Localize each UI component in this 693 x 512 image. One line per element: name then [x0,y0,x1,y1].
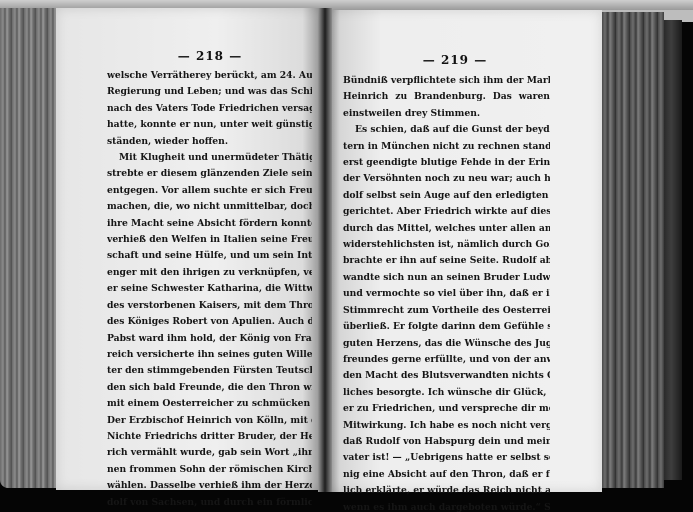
text-line: ihre Macht seine Absicht fördern konnten… [107,216,312,232]
text-line: nig eine Absicht auf den Thron, daß er f… [343,467,550,483]
text-line: daß Rudolf von Habspurg dein und mein Gr… [343,434,550,450]
left-page-number: — 218 — [150,49,270,63]
text-line: strebte er diesem glänzenden Ziele seine… [107,166,312,182]
text-line: gerichtet. Aber Friedrich wirkte auf die… [343,204,550,220]
text-line: Pabst ward ihm hold, der König von Frank… [107,331,312,347]
text-line: ter den stimmgebenden Fürsten Teutschlan… [107,363,312,379]
text-line: enger mit den ihrigen zu verknüpfen, ver… [107,265,312,281]
text-line: dolf selbst sein Auge auf den erledigten… [343,188,550,204]
text-line: des Königes Robert von Apulien. Auch der [107,314,312,330]
text-line: vater ist! — „Uebrigens hatte er selbst … [343,450,550,466]
text-line: und vermochte so viel über ihn, daß er i… [343,286,550,302]
text-line: machen, die, wo nicht unmittelbar, doch … [107,199,312,215]
text-line: Regierung und Leben; und was das Schicks… [107,84,312,100]
text-line: wenn es ihm auch dargeboten würde.“ So s… [343,500,550,512]
text-line: rich vermählt wurde, gab sein Wort „ihn … [107,445,312,461]
text-line: erst geendigte blutige Fehde in der Erin… [343,155,550,171]
text-line: nen frommen Sohn der römischen Kirche“ z… [107,462,312,478]
text-line: lich erklärte, er würde das Reich nicht … [343,483,550,499]
text-line: welsche Verrätherey berückt, am 24. Aug.… [107,68,312,84]
text-line: er seine Schwester Katharina, die Wittwe [107,281,312,297]
text-line: einstweilen drey Stimmen. [343,106,550,122]
book-page-edges-right [602,12,664,488]
left-page-text: welsche Verrätherey berückt, am 24. Aug.… [107,68,312,511]
text-line: wandte sich nun an seinen Bruder Ludwig, [343,270,550,286]
text-line: schaft und seine Hülfe, und um sein Inte… [107,248,312,264]
text-line: er zu Friedrichen, und verspreche dir me… [343,401,550,417]
text-line: den Macht des Blutsverwandten nichts Gef… [343,368,550,384]
right-page-number: — 219 — [395,53,515,67]
text-line: Mitwirkung. Ich habe es noch nicht verge… [343,418,550,434]
text-line: Es schien, daß auf die Gunst der beyden … [343,122,550,138]
text-line: entgegen. Vor allem suchte er sich Freun… [107,183,312,199]
text-line: liches besorgte. Ich wünsche dir Glück, … [343,385,550,401]
text-line: Heinrich zu Brandenburg. Das waren [343,89,550,105]
text-line: ständen, wieder hoffen. [107,134,312,150]
text-line: überließ. Er folgte darinn dem Gefühle s… [343,319,550,335]
book-gutter [318,8,332,492]
text-line: freundes gerne erfüllte, und von der anw… [343,352,550,368]
book-page-edges-left [0,8,58,488]
text-line: reich versicherte ihn seines guten Wille… [107,347,312,363]
text-line: brachte er ihn auf seine Seite. Rudolf a… [343,253,550,269]
text-line: der Versöhnten noch zu neu war; auch hat… [343,171,550,187]
text-line: wählen. Dasselbe verhieß ihm der Herzog … [107,478,312,494]
text-line: Bündniß verpflichtete sich ihm der Markg… [343,73,550,89]
text-line: guten Herzens, das die Wünsche des Jugen… [343,336,550,352]
text-line: nach des Vaters Tode Friedrichen versagt [107,101,312,117]
text-line: mit einem Oesterreicher zu schmücken wün… [107,396,312,412]
book-cover-right [664,20,682,480]
text-line: den sich bald Freunde, die den Thron wie… [107,380,312,396]
text-line: verhieß den Welfen in Italien seine Freu… [107,232,312,248]
text-line: hatte, konnte er nun, unter weit günstig… [107,117,312,133]
text-line: tern in München nicht zu rechnen stand, … [343,139,550,155]
text-line: Mit Klugheit und unermüdeter Thätigkeit [107,150,312,166]
text-line: widerstehlichsten ist, nämlich durch Gol… [343,237,550,253]
right-page-text: Bündniß verpflichtete sich ihm der Markg… [343,73,550,512]
text-line: Nichte Friedrichs dritter Bruder, der He… [107,429,312,445]
text-line: des verstorbenen Kaisers, mit dem Throne… [107,298,312,314]
text-line: durch das Mittel, welches unter allen am… [343,221,550,237]
text-line: Der Erzbischof Heinrich von Kölln, mit d… [107,413,312,429]
text-line: Stimmrecht zum Vortheile des Oesterreich… [343,303,550,319]
text-line: dolf von Sachsen, und durch ein förmlich… [107,495,312,511]
